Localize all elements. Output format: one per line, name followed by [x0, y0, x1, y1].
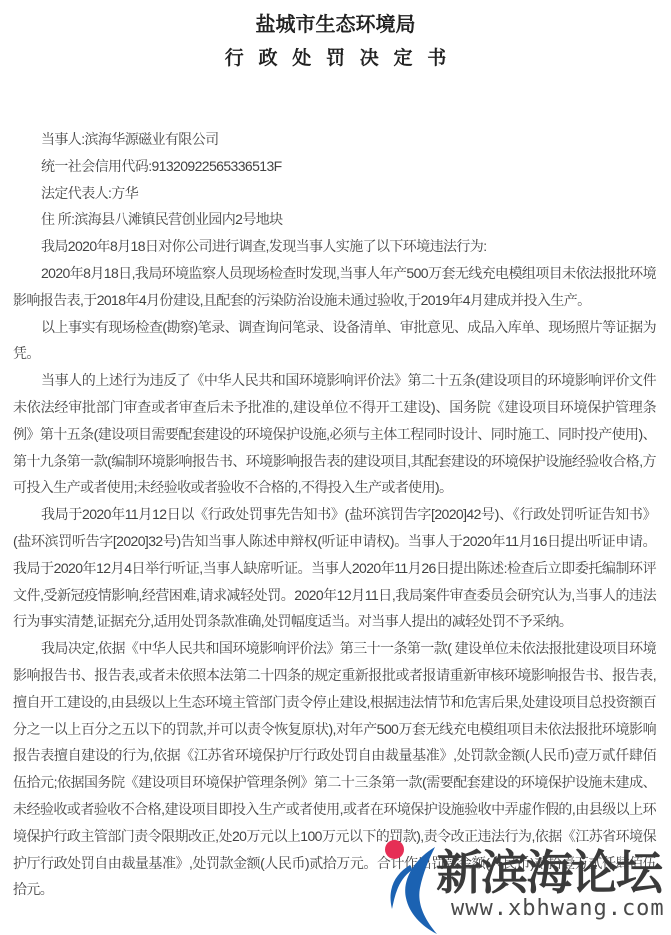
document-org-title: 盐城市生态环境局: [0, 0, 671, 38]
document-type-title: 行 政 处 罚 决 定 书: [0, 46, 671, 72]
document-paragraph: 当事人的上述行为违反了《中华人民共和国环境影响评价法》第二十五条(建设项目的环境…: [13, 367, 656, 501]
document-paragraph: 我局决定,依据《中华人民共和国环境影响评价法》第三十一条第一款( 建设单位未依法…: [13, 635, 656, 903]
document-paragraph: 统一社会信用代码:91320922565336513F: [13, 153, 656, 180]
document-paragraph: 我局于2020年11月12日以《行政处罚事先告知书》(盐环滨罚告字[2020]4…: [13, 501, 656, 635]
document-paragraph: 法定代表人:方华: [13, 180, 656, 207]
document-paragraph: 2020年8月18日,我局环境监察人员现场检查时发现,当事人年产500万套无线充…: [13, 260, 656, 314]
document-body: 当事人:滨海华源磁业有限公司统一社会信用代码:91320922565336513…: [13, 126, 656, 903]
document-paragraph: 以上事实有现场检查(勘察)笔录、调查询问笔录、设备清单、审批意见、成品入库单、现…: [13, 314, 656, 368]
document-page: 盐城市生态环境局 行 政 处 罚 决 定 书 当事人:滨海华源磁业有限公司统一社…: [0, 0, 671, 935]
document-paragraph: 住 所:滨海县八滩镇民营创业园内2号地块: [13, 206, 656, 233]
document-paragraph: 我局2020年8月18日对你公司进行调查,发现当事人实施了以下环境违法行为:: [13, 233, 656, 260]
document-paragraph: 当事人:滨海华源磁业有限公司: [13, 126, 656, 153]
